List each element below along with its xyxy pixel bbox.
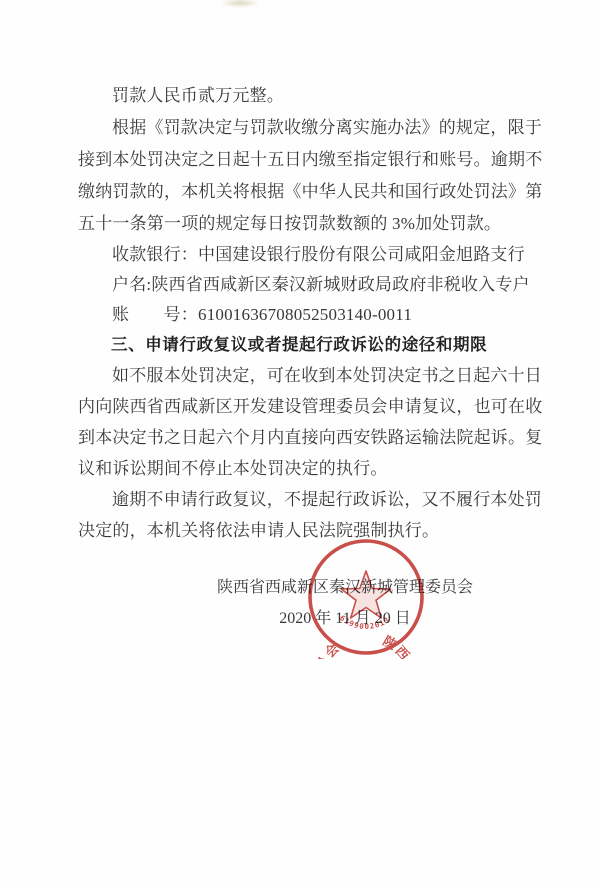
document-line: 如不服本处罚决定，可在收到本处罚决定书之日起六十日 <box>78 360 524 391</box>
official-seal: 陕西省西咸新区秦汉新城管理委员会 6199002013 <box>306 535 426 659</box>
document-line: 罚款人民币贰万元整。 <box>78 80 524 112</box>
account-holder-line: 户名:陕西省西咸新区秦汉新城财政局政府非税收入专户 <box>78 270 524 300</box>
document-body: 罚款人民币贰万元整。 根据《罚款决定与罚款收缴分离实施办法》的规定，限于 接到本… <box>78 0 524 546</box>
seal-star-icon <box>341 571 390 618</box>
seal-code: 6199002013 <box>338 613 392 631</box>
scanned-document-page: 罚款人民币贰万元整。 根据《罚款决定与罚款收缴分离实施办法》的规定，限于 接到本… <box>0 0 600 888</box>
paragraph-fine-amount: 罚款人民币贰万元整。 根据《罚款决定与罚款收缴分离实施办法》的规定，限于 接到本… <box>78 80 524 240</box>
document-line: 接到本处罚决定之日起十五日内缴至指定银行和账号。逾期不 <box>78 144 524 176</box>
document-line: 内向陕西省西咸新区开发建设管理委员会申请复议，也可在收 <box>78 391 524 422</box>
document-line: 根据《罚款决定与罚款收缴分离实施办法》的规定，限于 <box>78 112 524 144</box>
document-line: 逾期不申请行政复议，不提起行政诉讼，又不履行本处罚 <box>78 484 524 515</box>
document-line: 缴纳罚款的，本机关将根据《中华人民共和国行政处罚法》第 <box>78 176 524 208</box>
document-line: 议和诉讼期间不停止本处罚决定的执行。 <box>78 453 524 484</box>
document-line: 到本决定书之日起六个月内直接向西安铁路运输法院起诉。复 <box>78 422 524 453</box>
document-line: 决定的，本机关将依法申请人民法院强制执行。 <box>78 515 524 546</box>
bank-name-line: 收款银行：中国建设银行股份有限公司咸阳金旭路支行 <box>78 240 524 270</box>
paragraph-appeal-rights: 如不服本处罚决定，可在收到本处罚决定书之日起六十日 内向陕西省西咸新区开发建设管… <box>78 360 524 546</box>
account-number-line: 账 号：61001636708052503140-0011 <box>78 300 524 330</box>
document-line: 五十一条第一项的规定每日按罚款数额的 3%加处罚款。 <box>78 208 524 240</box>
bank-info-section: 收款银行：中国建设银行股份有限公司咸阳金旭路支行 户名:陕西省西咸新区秦汉新城财… <box>78 240 524 360</box>
section-heading: 三、申请行政复议或者提起行政诉讼的途径和期限 <box>78 330 524 360</box>
